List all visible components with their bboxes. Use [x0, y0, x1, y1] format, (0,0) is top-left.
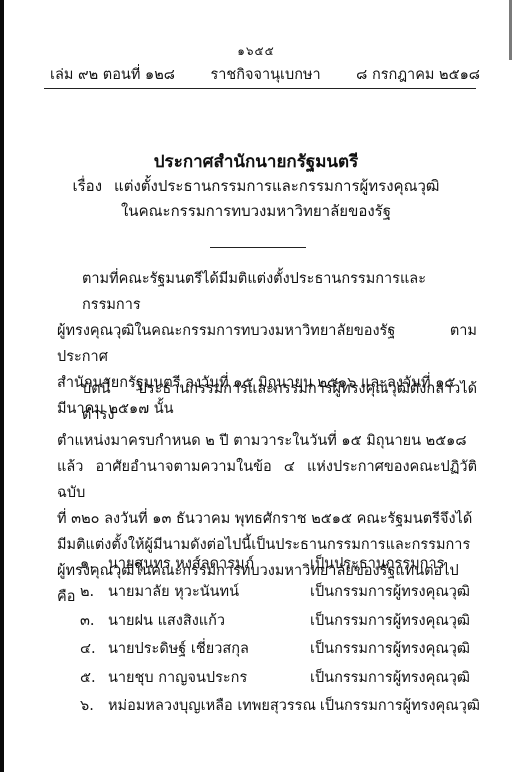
paragraph-line: ตามที่คณะรัฐมนตรีได้มีมติแต่งตั้งประธานก… [57, 266, 477, 318]
list-number: ๑. [80, 552, 108, 575]
appointee-role: เป็นกรรมการผู้ทรงคุณวุฒิ [310, 666, 500, 689]
publication-name: ราชกิจจานุเบกษา [210, 63, 320, 86]
volume-issue: เล่ม ๙๒ ตอนที่ ๑๒๘ [50, 63, 175, 86]
appointee-name: นายสุนทร หงส์ลดารมภ์ [108, 552, 310, 575]
appointee-row: ๖. หม่อมหลวงบุญเหลือ เทพยสุวรรณ เป็นกรรม… [80, 692, 500, 721]
appointee-name: นายชุบ กาญจนประกร [108, 666, 310, 689]
paragraph-line: บัดนี้ ประธานกรรมการและกรรมการผู้ทรงคุณว… [57, 376, 477, 428]
paragraph-line: ตำแหน่งมาครบกำหนด ๒ ปี ตามวาระในวันที่ ๑… [57, 428, 477, 454]
subject-line-2: ในคณะกรรมการทบวงมหาวิทยาลัยของรัฐ [0, 199, 512, 224]
appointee-role: เป็นกรรมการผู้ทรงคุณวุฒิ [310, 580, 500, 603]
appointee-row: ๒. นายมาลัย หุวะนันทน์ เป็นกรรมการผู้ทรง… [80, 578, 500, 607]
paragraph-line: แล้ว อาศัยอำนาจตามความในข้อ ๔ แห่งประกาศ… [57, 454, 477, 506]
scan-left-edge [0, 0, 4, 772]
running-head: เล่ม ๙๒ ตอนที่ ๑๒๘ ราชกิจจานุเบกษา ๘ กรก… [50, 63, 480, 86]
section-divider [210, 247, 306, 248]
paragraph-line: ที่ ๓๒๐ ลงวันที่ ๑๓ ธันวาคม พุทธศักราช ๒… [57, 506, 477, 532]
publication-date: ๘ กรกฎาคม ๒๕๑๘ [356, 63, 480, 86]
appointee-role: เป็นประธานกรรมการ [310, 552, 500, 575]
appointee-list: ๑. นายสุนทร หงส์ลดารมภ์ เป็นประธานกรรมกา… [80, 549, 500, 720]
list-number: ๕. [80, 666, 108, 689]
subject-label: เรื่อง [73, 177, 103, 195]
appointee-name: หม่อมหลวงบุญเหลือ เทพยสุวรรณ [108, 694, 316, 717]
header-rule [44, 88, 476, 89]
list-number: ๒. [80, 580, 108, 603]
appointee-row: ๓. นายฝน แสงสิงแก้ว เป็นกรรมการผู้ทรงคุณ… [80, 606, 500, 635]
appointee-name: นายฝน แสงสิงแก้ว [108, 609, 310, 632]
subject-line-1: เรื่องแต่งตั้งประธานกรรมการและกรรมการผู้… [0, 174, 512, 199]
appointee-name: นายประดิษฐ์ เชี่ยวสกุล [108, 637, 310, 660]
appointee-role: เป็นกรรมการผู้ทรงคุณวุฒิ [320, 694, 500, 717]
announcement-title: ประกาศสำนักนายกรัฐมนตรี [0, 150, 512, 174]
list-number: ๔. [80, 637, 108, 660]
subject-text: แต่งตั้งประธานกรรมการและกรรมการผู้ทรงคุณ… [114, 177, 439, 195]
page-number: ๑๖๕๕ [0, 42, 512, 61]
announcement-heading: ประกาศสำนักนายกรัฐมนตรี เรื่องแต่งตั้งปร… [0, 150, 512, 224]
appointee-name: นายมาลัย หุวะนันทน์ [108, 580, 310, 603]
appointee-role: เป็นกรรมการผู้ทรงคุณวุฒิ [310, 637, 500, 660]
appointee-row: ๕. นายชุบ กาญจนประกร เป็นกรรมการผู้ทรงคุ… [80, 663, 500, 692]
appointee-row: ๑. นายสุนทร หงส์ลดารมภ์ เป็นประธานกรรมกา… [80, 549, 500, 578]
appointee-role: เป็นกรรมการผู้ทรงคุณวุฒิ [310, 609, 500, 632]
list-number: ๖. [80, 694, 108, 717]
list-number: ๓. [80, 609, 108, 632]
paragraph-line: ผู้ทรงคุณวุฒิในคณะกรรมการทบวงมหาวิทยาลัย… [57, 318, 477, 370]
appointee-row: ๔. นายประดิษฐ์ เชี่ยวสกุล เป็นกรรมการผู้… [80, 635, 500, 664]
